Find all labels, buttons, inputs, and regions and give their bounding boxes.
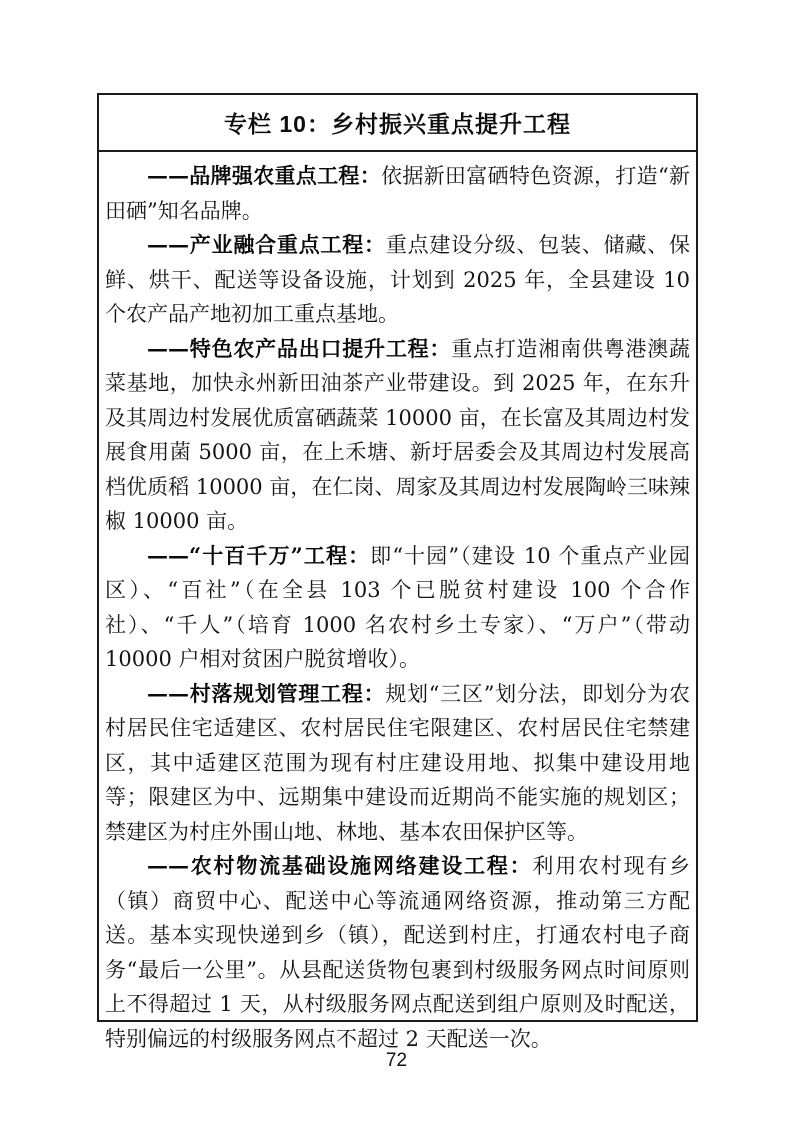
paragraph: ——品牌强农重点工程：依据新田富硒特色资源，打造“新田硒”知名品牌。 [105,159,690,228]
paragraph-label: ——农村物流基础设施网络建设工程： [147,853,532,878]
paragraph-label: ——特色农产品出口提升工程： [147,336,451,361]
page-number: 72 [0,1050,793,1072]
paragraph-label: ——产业融合重点工程： [147,232,386,257]
paragraph-label: ——村落规划管理工程： [147,681,385,706]
paragraph-text: 利用农村现有乡（镇）商贸中心、配送中心等流通网络资源，推动第三方配送。基本实现快… [105,854,690,1051]
paragraph: ——村落规划管理工程：规划“三区”划分法，即划分为农村居民住宅适建区、农村居民住… [105,677,690,850]
paragraph: ——“十百千万”工程：即“十园”（建设 10 个重点产业园区）、“百社”（在全县… [105,539,690,677]
paragraph-text: 重点打造湘南供粤港澳蔬菜基地，加快永州新田油茶产业带建设。到 2025 年，在东… [105,337,690,534]
document-page: 专栏 10：乡村振兴重点提升工程 ——品牌强农重点工程：依据新田富硒特色资源，打… [0,0,793,1122]
feature-box-body: ——品牌强农重点工程：依据新田富硒特色资源，打造“新田硒”知名品牌。 ——产业融… [99,152,696,1056]
paragraph-label: ——品牌强农重点工程： [147,163,381,188]
feature-box-title: 专栏 10：乡村振兴重点提升工程 [99,95,696,152]
paragraph: ——特色农产品出口提升工程：重点打造湘南供粤港澳蔬菜基地，加快永州新田油茶产业带… [105,332,690,539]
paragraph: ——农村物流基础设施网络建设工程：利用农村现有乡（镇）商贸中心、配送中心等流通网… [105,849,690,1056]
paragraph: ——产业融合重点工程：重点建设分级、包装、储藏、保鲜、烘干、配送等设备设施，计划… [105,228,690,332]
feature-box: 专栏 10：乡村振兴重点提升工程 ——品牌强农重点工程：依据新田富硒特色资源，打… [97,93,698,1022]
paragraph-label: ——“十百千万”工程： [147,543,370,568]
